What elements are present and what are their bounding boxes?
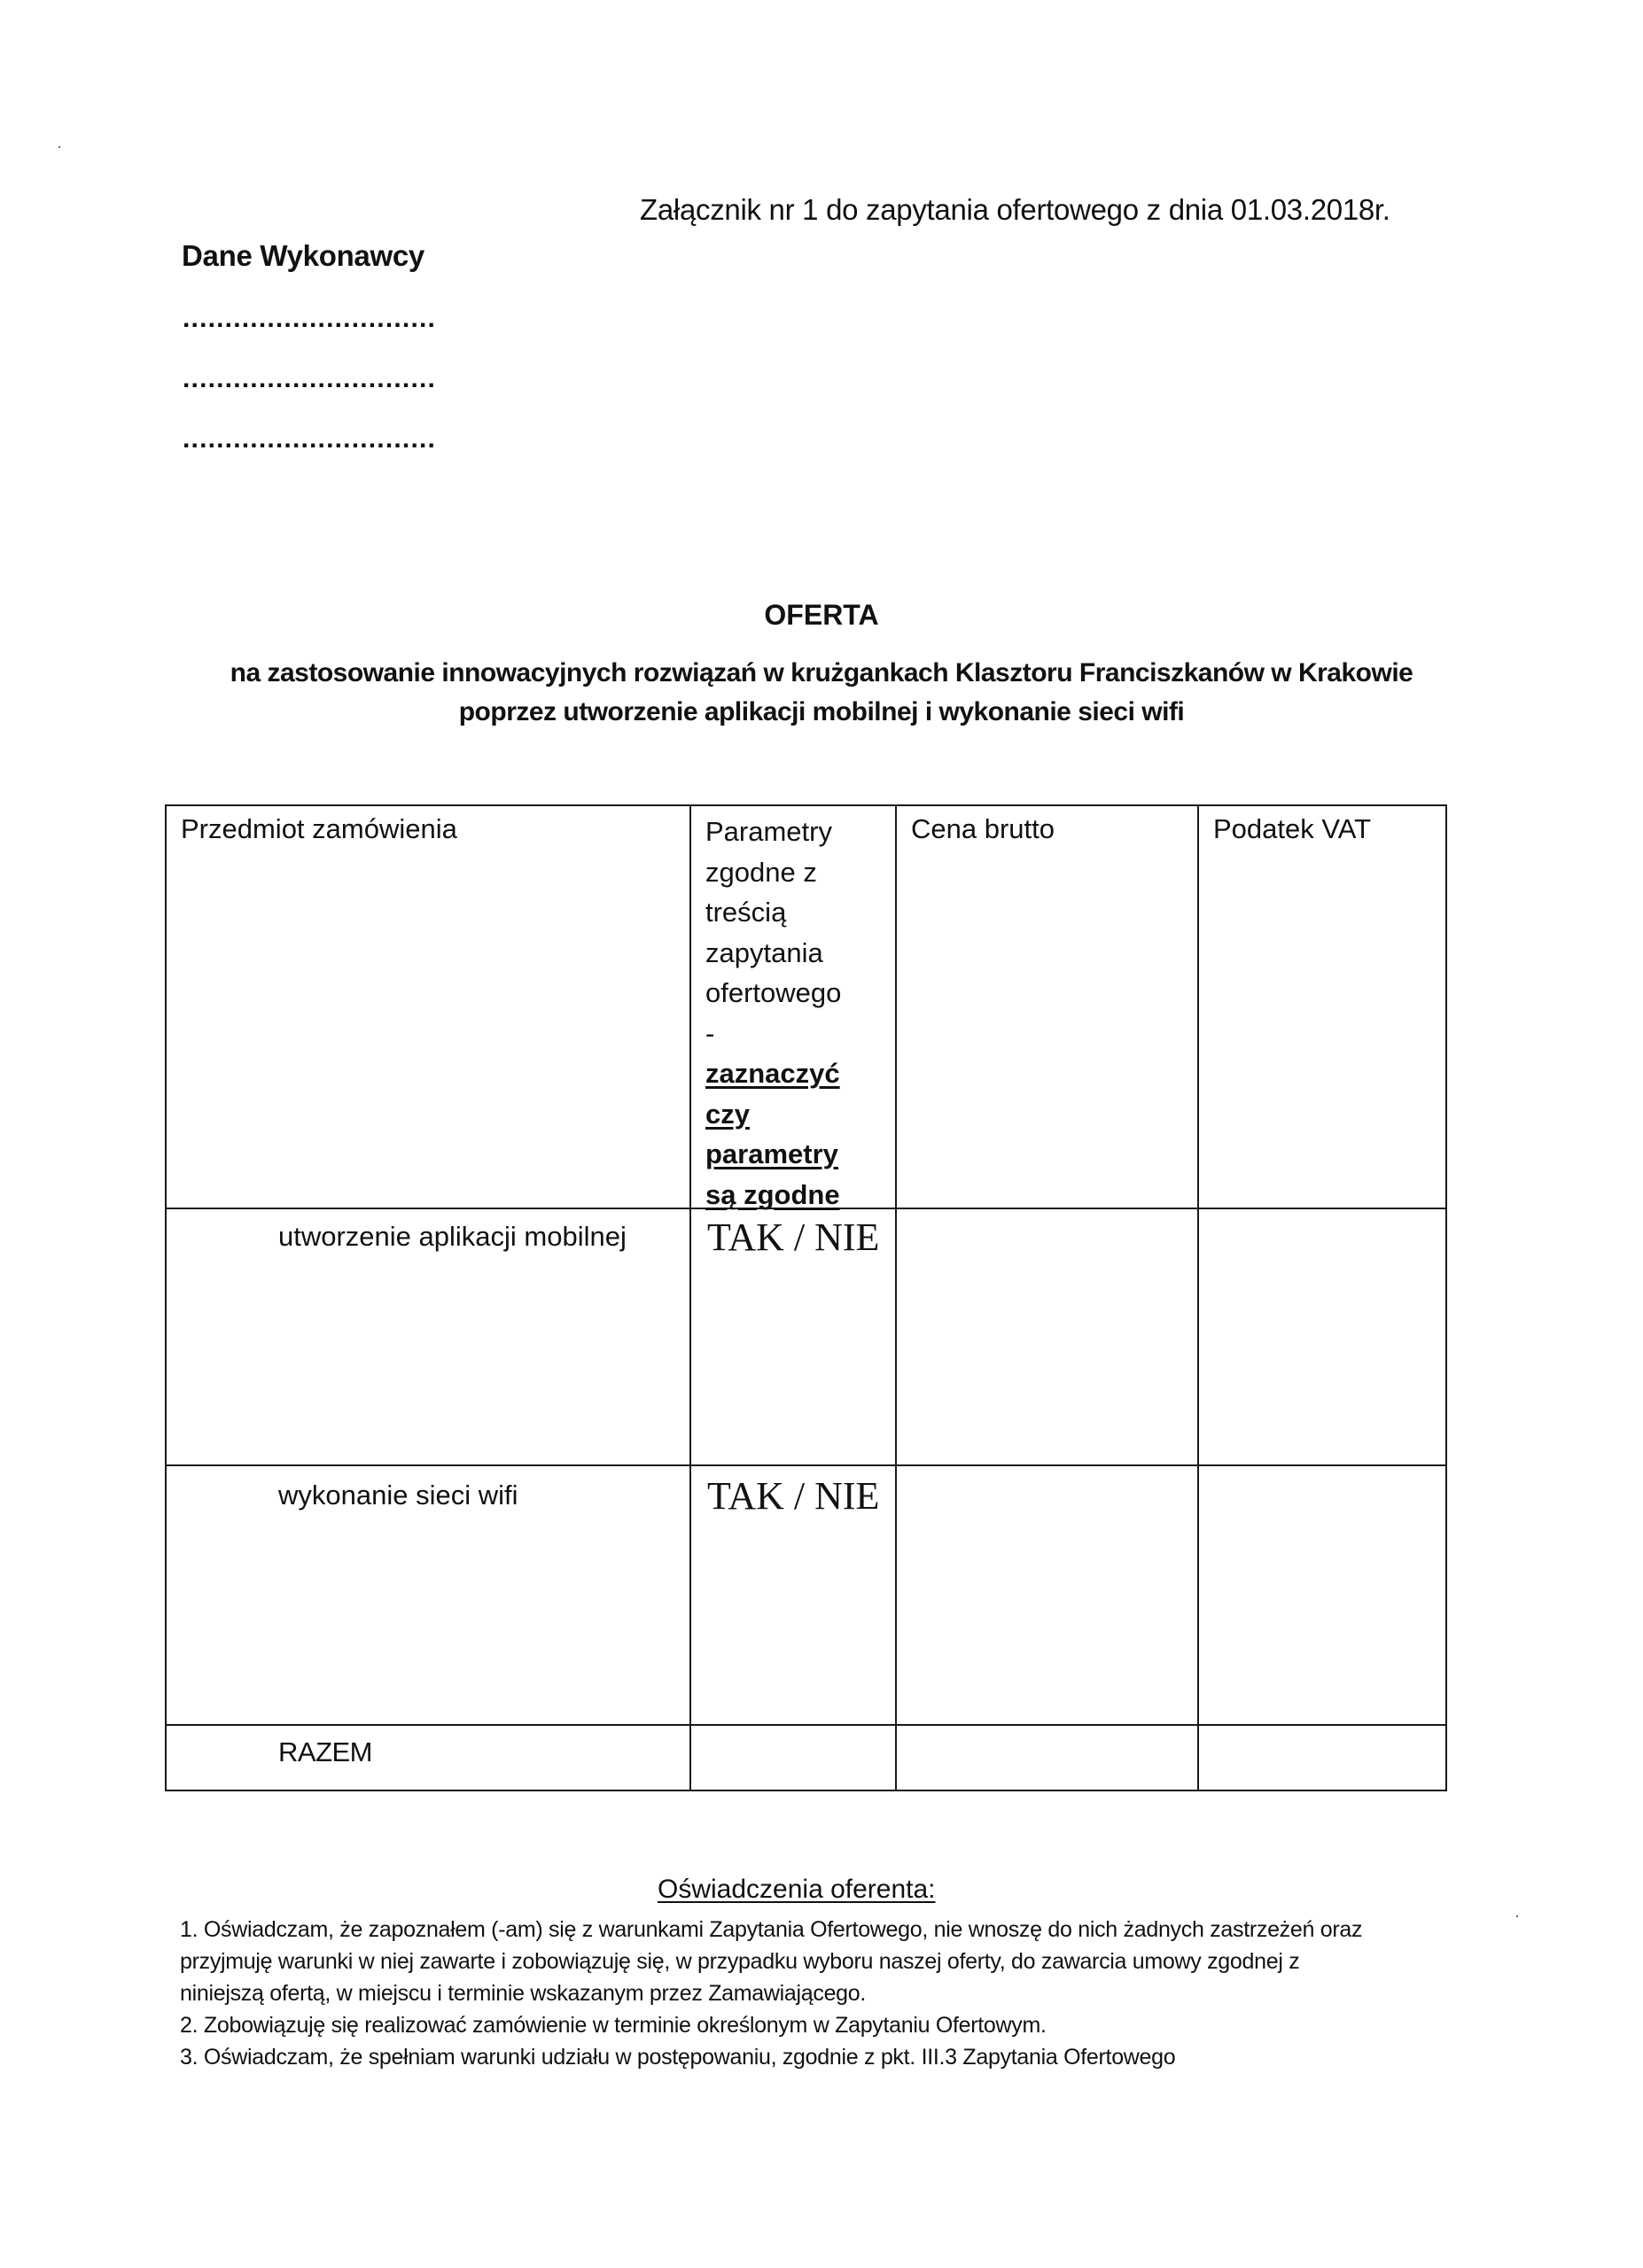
contractor-field-2[interactable]: .............................. xyxy=(183,366,436,392)
row-1-vat[interactable] xyxy=(1199,1209,1444,1463)
offer-subtitle-line-2: poprzez utworzenie aplikacji mobilnej i … xyxy=(0,693,1643,732)
declarations-list: 1. Oświadczam, że zapoznałem (-am) się z… xyxy=(180,1914,1362,2073)
table-divider-col-1 xyxy=(689,804,691,1791)
offer-table: Przedmiot zamówienia Parametry zgodne z … xyxy=(165,804,1447,1791)
declaration-line: przyjmuję warunki w niej zawarte i zobow… xyxy=(180,1946,1362,1977)
offer-title: OFERTA xyxy=(0,599,1643,632)
header-parameters-line: - xyxy=(705,1014,841,1054)
attachment-header: Załącznik nr 1 do zapytania ofertowego z… xyxy=(640,193,1390,227)
scan-speck xyxy=(1516,1915,1518,1917)
header-parameters-line: zgodne z xyxy=(705,852,841,893)
header-parameters-emphasis: są zgodne xyxy=(705,1175,841,1216)
header-parameters: Parametry zgodne z treścią zapytania ofe… xyxy=(705,812,841,1215)
table-border-left xyxy=(165,804,167,1791)
row-1-gross-price[interactable] xyxy=(897,1209,1195,1463)
declaration-line: 2. Zobowiązuję się realizować zamówienie… xyxy=(180,2009,1362,2041)
total-label: RAZEM xyxy=(278,1736,372,1768)
header-parameters-line: treścią xyxy=(705,892,841,933)
offer-subtitle: na zastosowanie innowacyjnych rozwiązań … xyxy=(0,654,1643,732)
row-1-subject: utworzenie aplikacji mobilnej xyxy=(278,1221,627,1253)
declarations-heading: Oświadczenia oferenta: xyxy=(658,1875,936,1905)
header-parameters-emphasis: zaznaczyć xyxy=(705,1053,841,1094)
total-parameters[interactable] xyxy=(691,1726,893,1788)
offer-subtitle-line-1: na zastosowanie innowacyjnych rozwiązań … xyxy=(0,654,1643,693)
header-parameters-line: zapytania xyxy=(705,933,841,974)
total-vat[interactable] xyxy=(1199,1726,1444,1788)
total-gross-price[interactable] xyxy=(897,1726,1195,1788)
table-border-bottom xyxy=(165,1790,1447,1791)
declaration-line: niniejszą ofertą, w miejscu i terminie w… xyxy=(180,1977,1362,2009)
row-2-gross-price[interactable] xyxy=(897,1466,1195,1722)
header-subject: Przedmiot zamówienia xyxy=(181,813,457,845)
row-2-parameters[interactable]: TAK / NIE xyxy=(707,1473,879,1518)
declaration-line: 3. Oświadczam, że spełniam warunki udzia… xyxy=(180,2041,1362,2073)
row-1-parameters[interactable]: TAK / NIE xyxy=(707,1215,879,1260)
header-vat: Podatek VAT xyxy=(1213,813,1371,845)
contractor-data-heading: Dane Wykonawcy xyxy=(182,239,424,273)
header-parameters-emphasis: parametry xyxy=(705,1134,841,1175)
header-parameters-line: ofertowego xyxy=(705,973,841,1014)
scan-speck xyxy=(58,146,60,148)
declaration-line: 1. Oświadczam, że zapoznałem (-am) się z… xyxy=(180,1914,1362,1946)
contractor-field-1[interactable]: .............................. xyxy=(183,306,436,332)
row-2-vat[interactable] xyxy=(1199,1466,1444,1722)
row-2-subject: wykonanie sieci wifi xyxy=(278,1480,518,1511)
header-gross-price: Cena brutto xyxy=(911,813,1055,845)
header-parameters-line: Parametry xyxy=(705,812,841,852)
table-border-top xyxy=(165,804,1447,806)
contractor-field-3[interactable]: .............................. xyxy=(183,426,436,453)
table-border-right xyxy=(1445,804,1447,1791)
header-parameters-emphasis: czy xyxy=(705,1094,841,1135)
